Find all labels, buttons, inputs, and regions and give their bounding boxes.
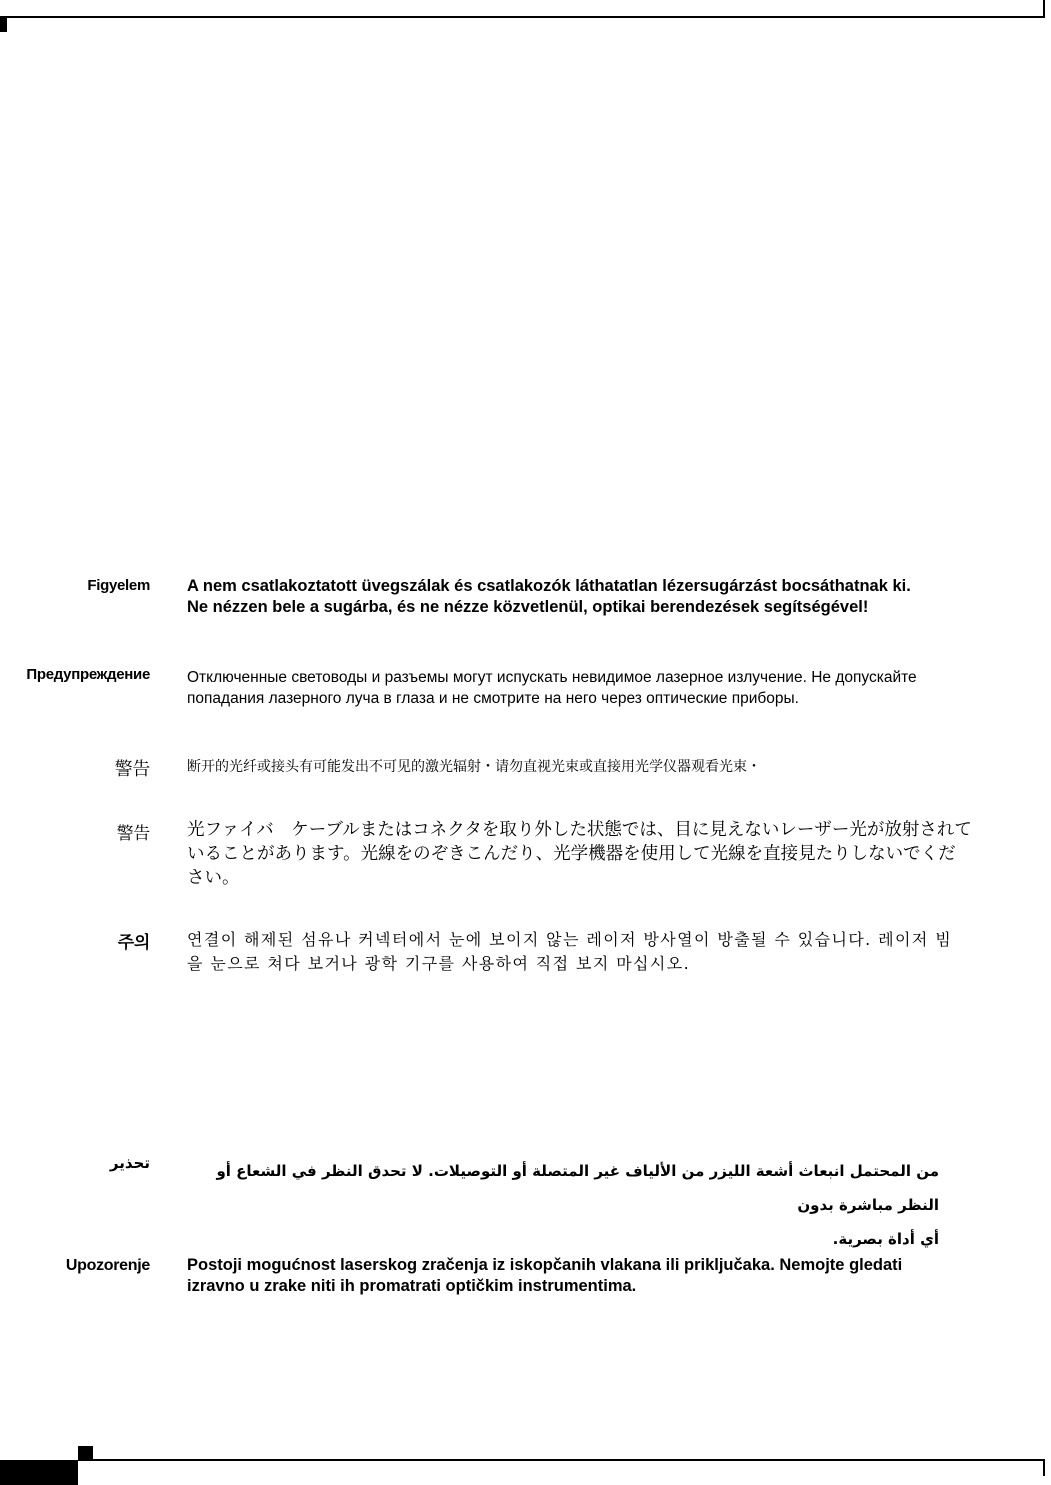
warning-text: 断开的光纤或接头有可能发出不可见的激光辐射・请勿直视光束或直接用光学仪器观看光束… [187,757,1039,777]
warning-label: Figyelem [87,577,150,594]
header-rule [0,16,1045,18]
warning-text: من المحتمل انبعاث أشعة الليزر من الألياف… [187,1154,939,1256]
warning-label: 주의 [118,928,150,953]
warning-text: Отключенные световоды и разъемы могут ис… [187,667,1039,709]
header-right-tick [1043,0,1045,18]
warning-label: 警告 [115,755,150,781]
warning-label: Предупреждение [26,666,150,683]
warning-label: تحذير [110,1154,150,1172]
footer-marker [78,1446,93,1460]
footer-rule [78,1459,1045,1461]
warning-label: Upozorenje [66,1257,150,1275]
footer-right-tick [1043,1460,1045,1476]
warning-text: Postoji mogućnost laserskog zračenja iz … [187,1255,1039,1297]
footer-page-tab [0,1460,78,1485]
warning-text: 光ファイバ ケーブルまたはコネクタを取り外した状態では、目に見えないレーザー光が… [187,818,1039,890]
header-corner-marker [0,18,7,32]
warning-text: 연결이 해제된 섬유나 커넥터에서 눈에 보이지 않는 레이저 방사열이 방출될… [187,928,1039,976]
warning-text: A nem csatlakoztatott üvegszálak és csat… [187,576,1039,618]
warning-label: 警告 [117,819,150,844]
